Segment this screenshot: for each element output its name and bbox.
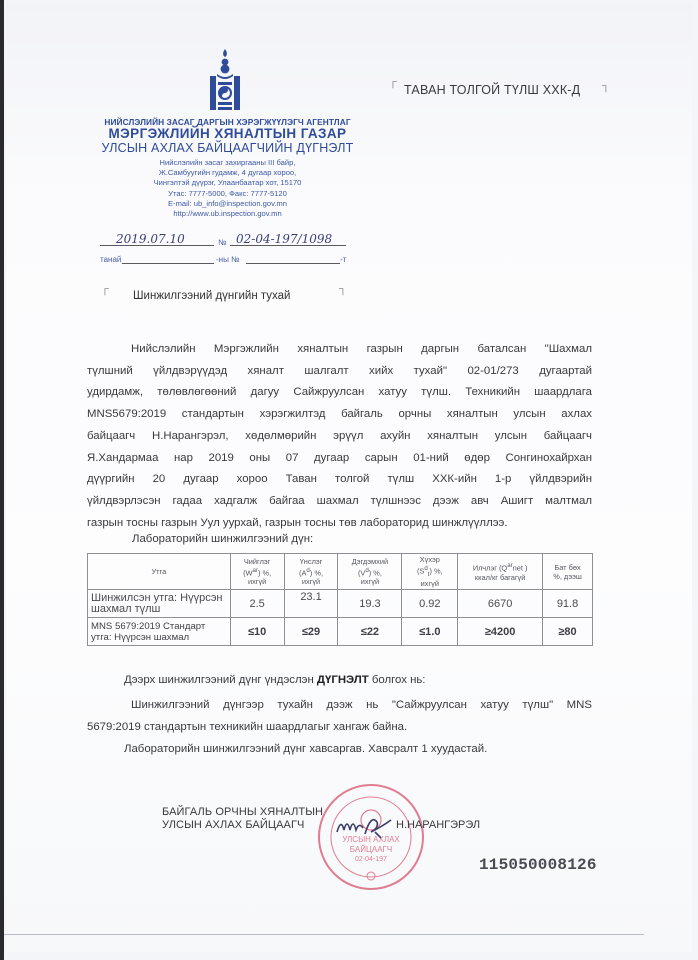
address-email: E-mail: ub_info@inspection.gov.mn <box>95 199 360 209</box>
cell-calorific: ≥4200 <box>458 618 543 646</box>
table-caption: Лабораторийн шинжилгээний дүн: <box>132 533 313 545</box>
body-line: удирдамж, төлөвлөгөөний дагуу Сайжруулса… <box>87 382 592 404</box>
col-header-calorific: Илчлэг (Qarnet )ккал/кг багагүй <box>458 554 543 590</box>
col-header-sulfur: Хүхэр(Sdt) %,ихгүй <box>402 554 458 590</box>
document-type: УЛСЫН АХЛАХ БАЙЦААГЧИЙН ДҮГНЭЛТ <box>95 141 360 155</box>
corner-mark-icon: ┌ <box>389 76 397 88</box>
cell-volatile: 19.3 <box>338 590 402 618</box>
attachment-note: Лабораторийн шинжилгээний дүнг хавсаргав… <box>124 743 487 755</box>
signatory-name: Н.НАРАНГЭРЭЛ <box>396 819 480 831</box>
soyombo-emblem-icon <box>207 48 243 112</box>
table-row: MNS 5679:2019 Стандарт утга: Нүүрсэн шах… <box>88 618 593 646</box>
cell-sulfur: 0.92 <box>402 590 458 618</box>
body-line: дүүргийн 20 дугаар хороо Таван толгой тү… <box>87 469 592 491</box>
lab-results-table: Утга Чийглэг(War) %,ихгүй Үнслэг(Ad) %,и… <box>87 553 593 646</box>
col-header-ash: Үнслэг(Ad) %,ихгүй <box>284 554 338 590</box>
signatory-title: БАЙГАЛЬ ОРЧНЫ ХЯНАЛТЫН УЛСЫН АХЛАХ БАЙЦА… <box>162 806 323 832</box>
cell-calorific: 6670 <box>458 590 543 618</box>
ref-tail: -т <box>340 255 346 264</box>
your-number-underline <box>246 263 340 264</box>
row-label: MNS 5679:2019 Стандарт утга: Нүүрсэн шах… <box>88 618 231 646</box>
table-row: Шинжилсэн утга: Нүүрсэн шахмал түлш 2.5 … <box>88 590 593 618</box>
body-paragraph: Нийслэлийн Мэргэжлийн хяналтын газрын да… <box>87 339 592 534</box>
address-line: Ж.Самбуугийн гудамж, 4 дугаар хороо, <box>95 168 360 178</box>
recipient: ТАВАН ТОЛГОЙ ТҮЛШ ХХК-Д <box>404 83 580 97</box>
table-header-row: Утга Чийглэг(War) %,ихгүй Үнслэг(Ad) %,и… <box>88 554 593 590</box>
body-line: MNS5679:2019 стандартын хэрэгжилтэд байг… <box>87 404 592 426</box>
cell-moisture: ≤10 <box>230 618 284 646</box>
col-header-value: Утга <box>88 554 231 590</box>
address-website: http://www.ub.inspection.gov.mn <box>95 209 360 219</box>
body-line: байцаагч Н.Нарангэрэл, хөдөлмөрийн эрүүл… <box>87 426 592 448</box>
corner-mark-icon: ┌ <box>101 283 109 295</box>
conclusion-keyword: ДҮГНЭЛТ <box>317 674 369 686</box>
body-line: Нийслэлийн Мэргэжлийн хяналтын газрын да… <box>131 343 592 355</box>
cell-strength: ≥80 <box>543 618 593 646</box>
col-header-moisture: Чийглэг(War) %,ихгүй <box>230 554 284 590</box>
stamp-text: 02-04-197 <box>355 856 387 863</box>
corner-mark-icon: ┐ <box>602 80 610 92</box>
your-number-label: -ны № <box>216 255 240 264</box>
handwritten-signature <box>335 812 399 840</box>
cell-ash: 23.1 <box>284 590 338 618</box>
cell-sulfur: ≤1.0 <box>402 618 458 646</box>
body-line: түлшний үйлдвэрүүдэд хяналт шалгалт хийх… <box>87 361 592 383</box>
number-label: № <box>218 238 227 247</box>
your-ref-underline <box>122 263 214 264</box>
your-ref-label: танай <box>100 255 121 264</box>
letter-number: 02-04-197/1098 <box>236 232 332 246</box>
subject-line: Шинжилгээний дүнгийн тухай <box>133 290 290 302</box>
col-header-strength: Бат бөх%, дээш <box>543 554 593 590</box>
document-serial-number: 115050008126 <box>479 856 597 874</box>
cell-strength: 91.8 <box>543 590 593 618</box>
letter-date: 2019.07.10 <box>116 232 185 246</box>
agency-address: Нийслэлийн засаг захиргааны III байр, Ж.… <box>95 158 360 219</box>
body-line: Я.Хандармаа нар 2019 оны 07 дугаар сарын… <box>87 448 592 470</box>
stamp-text: БАЙЦААГЧ <box>350 845 392 854</box>
conclusion-intro: Дээрх шинжилгээний дүнг үндэслэн ДҮГНЭЛТ… <box>124 674 425 686</box>
conclusion-line: 5679:2019 стандартын техникийн шаардлагы… <box>87 717 592 739</box>
conclusion-paragraph: Шинжилгээний дүнгээр тухайн дээж нь "Сай… <box>87 695 592 738</box>
cell-ash: ≤29 <box>284 618 338 646</box>
conclusion-line: Шинжилгээний дүнгээр тухайн дээж нь "Сай… <box>131 699 592 711</box>
cell-volatile: ≤22 <box>338 618 402 646</box>
address-phone: Утас: 7777-5000, Факс: 7777-5120 <box>95 189 360 199</box>
body-line: үйлдвэрлэсэн гадаа хадгалж байгаа шахмал… <box>87 491 592 513</box>
address-line: Чингэлтэй дүүрэг, Улаанбаатар хот, 15170 <box>95 178 360 188</box>
page-edge <box>0 0 4 960</box>
agency-name: МЭРГЭЖЛИЙН ХЯНАЛТЫН ГАЗАР <box>95 126 360 141</box>
corner-mark-icon: ┐ <box>339 283 347 295</box>
body-line: газрын тосны газрын Уул уурхай, газрын т… <box>87 513 592 535</box>
cell-moisture: 2.5 <box>230 590 284 618</box>
col-header-volatile: Дэгдэмхий(Vd) %,ихгүй <box>338 554 402 590</box>
row-label: Шинжилсэн утга: Нүүрсэн шахмал түлш <box>88 590 231 618</box>
page-bottom-edge <box>4 934 644 935</box>
address-line: Нийслэлийн засаг захиргааны III байр, <box>95 158 360 168</box>
